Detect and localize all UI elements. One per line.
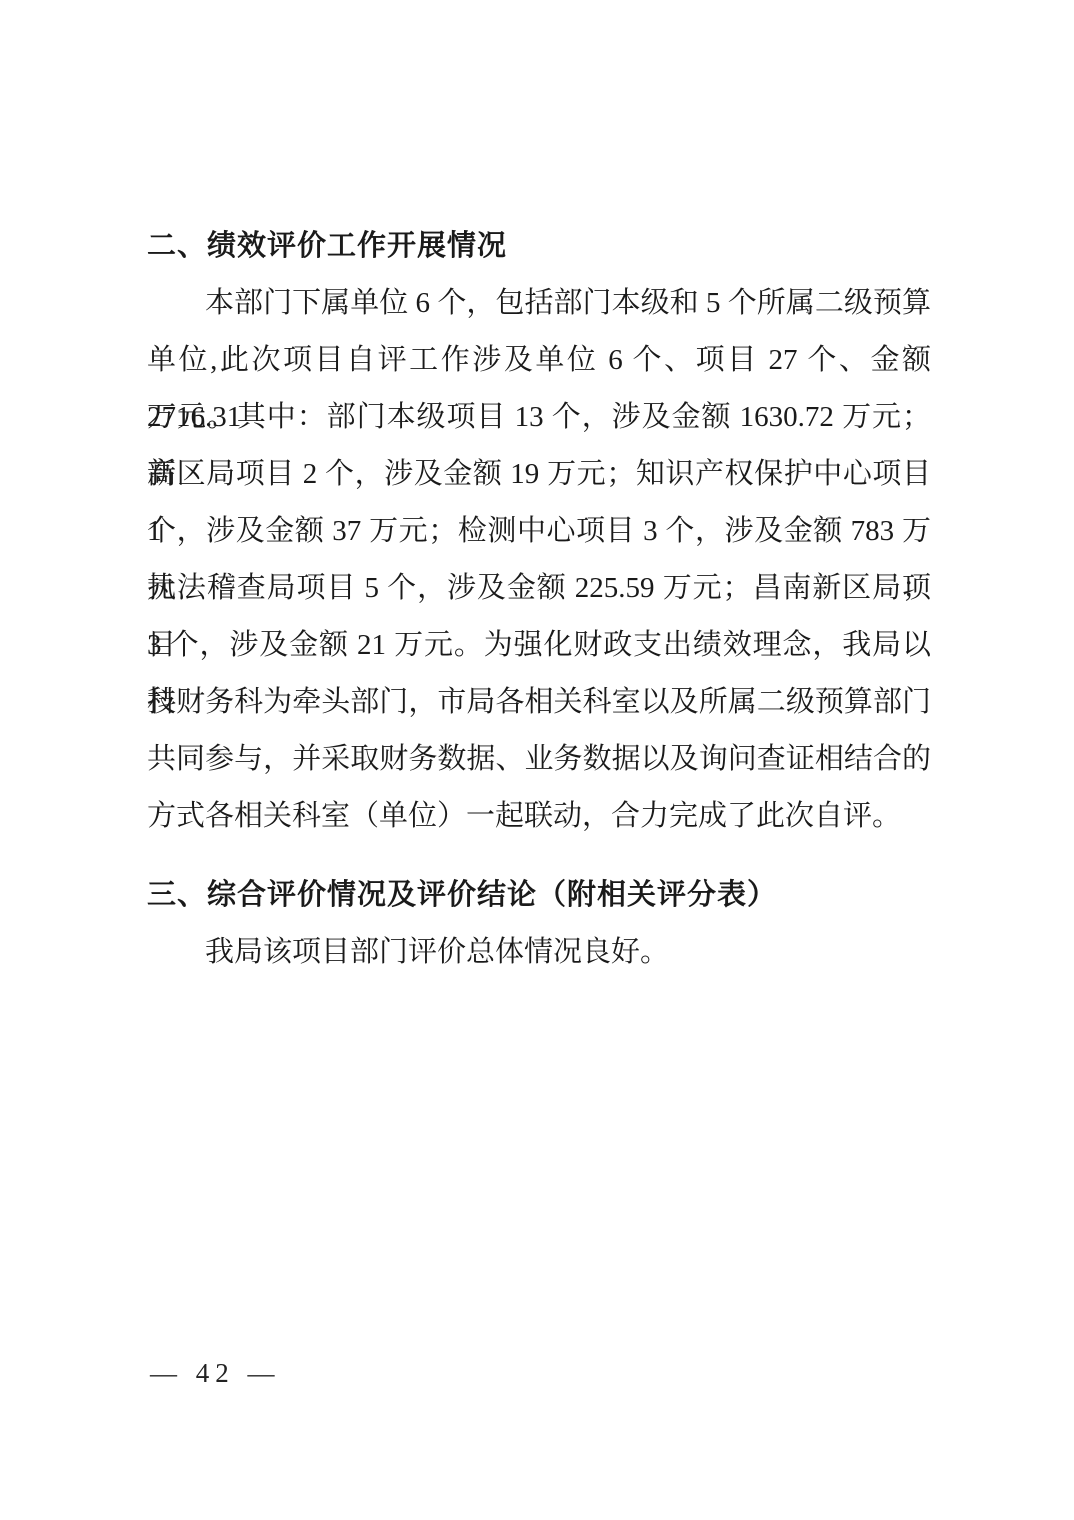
section-spacer xyxy=(147,845,931,867)
paragraph-line: 技财务科为牵头部门，市局各相关科室以及所属二级预算部门 xyxy=(147,674,931,731)
paragraph-line: 单位,此次项目自评工作涉及单位 6 个、项目 27 个、金额 2716.31 xyxy=(147,332,931,389)
section3-body-line: 我局该项目部门评价总体情况良好。 xyxy=(147,924,931,981)
document-content: 二、绩效评价工作开展情况 本部门下属单位 6 个，包括部门本级和 5 个所属二级… xyxy=(147,218,931,981)
paragraph-line: 新区局项目 2 个，涉及金额 19 万元；知识产权保护中心项目 1 xyxy=(147,446,931,503)
paragraph-line: 3 个，涉及金额 21 万元。为强化财政支出绩效理念，我局以科 xyxy=(147,617,931,674)
paragraph-line: 万元。其中：部门本级项目 13 个，涉及金额 1630.72 万元；高 xyxy=(147,389,931,446)
paragraph-line: 个，涉及金额 37 万元；检测中心项目 3 个，涉及金额 783 万元； xyxy=(147,503,931,560)
paragraph-line: 本部门下属单位 6 个，包括部门本级和 5 个所属二级预算 xyxy=(147,275,931,332)
paragraph-line: 执法稽查局项目 5 个，涉及金额 225.59 万元；昌南新区局项目 xyxy=(147,560,931,617)
page-number: — 42 — xyxy=(150,1358,281,1389)
document-page: 二、绩效评价工作开展情况 本部门下属单位 6 个，包括部门本级和 5 个所属二级… xyxy=(0,0,1074,1520)
paragraph-line: 方式各相关科室（单位）一起联动，合力完成了此次自评。 xyxy=(147,788,931,845)
section-heading-2: 二、绩效评价工作开展情况 xyxy=(147,218,931,275)
paragraph-line: 共同参与，并采取财务数据、业务数据以及询问查证相结合的 xyxy=(147,731,931,788)
section-heading-3: 三、综合评价情况及评价结论（附相关评分表） xyxy=(147,867,931,924)
